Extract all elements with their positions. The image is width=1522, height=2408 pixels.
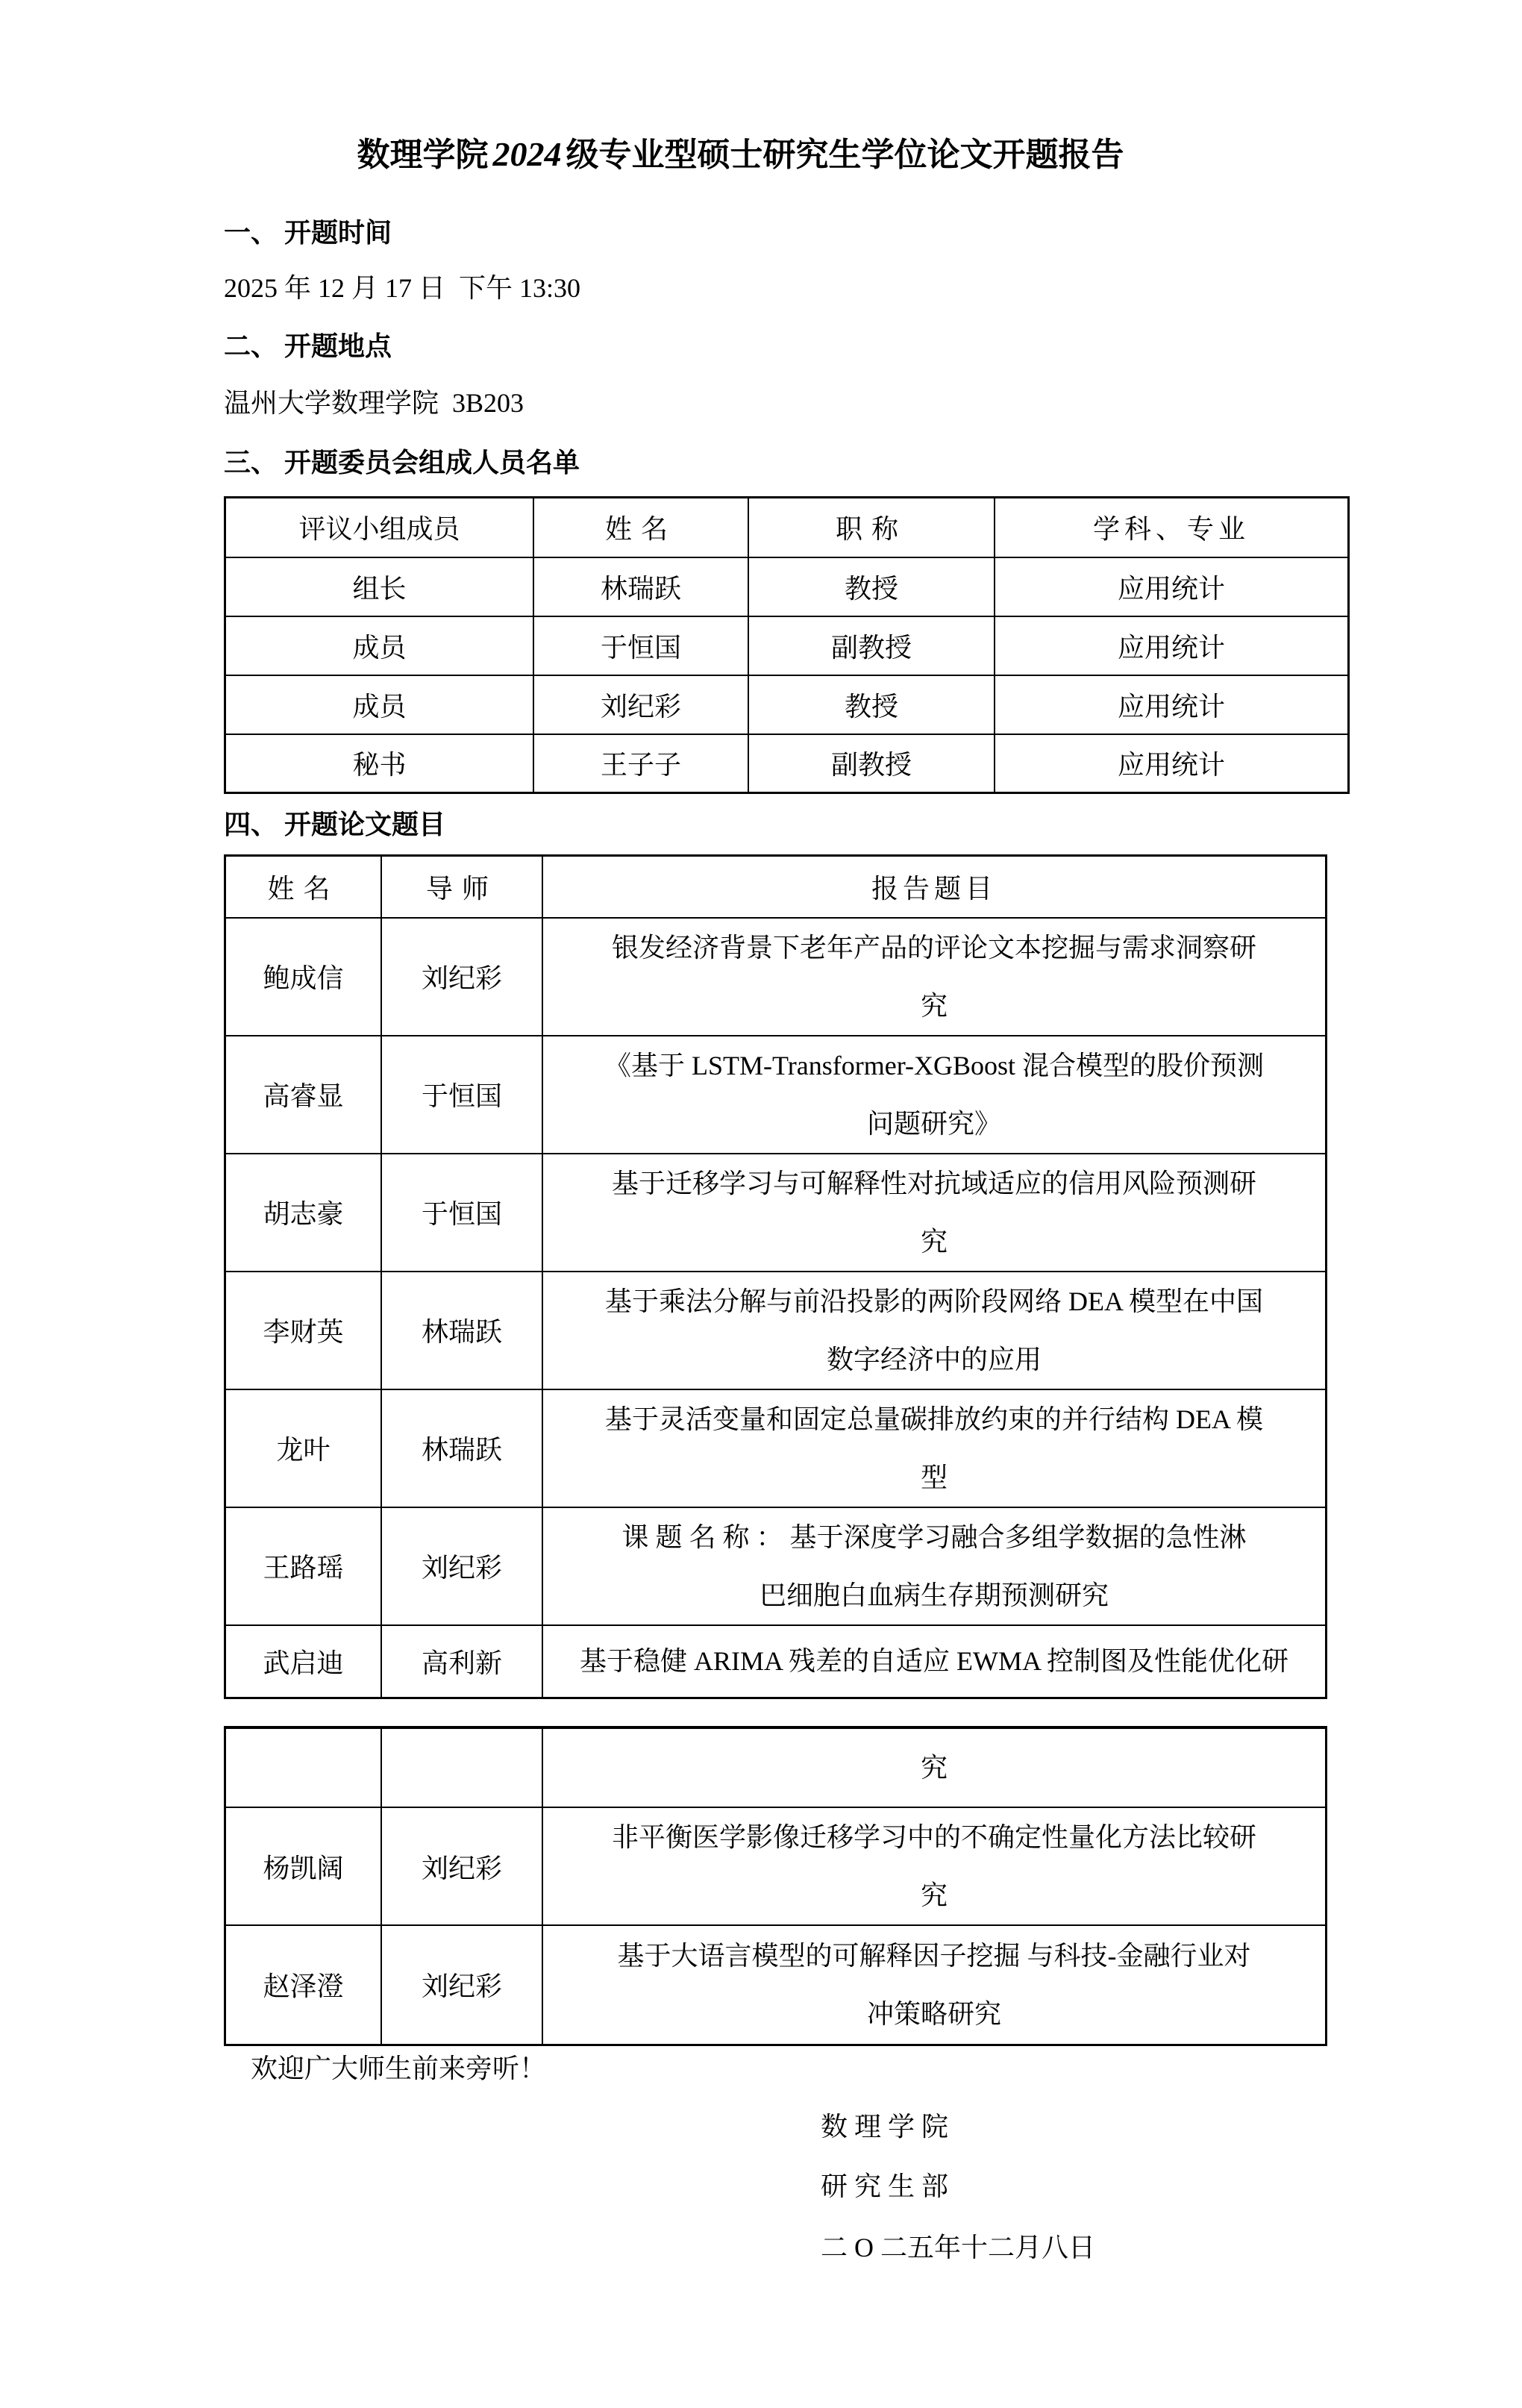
topic-cell: 究	[542, 1727, 1327, 1807]
role-cell: 成员	[225, 675, 534, 734]
advisor-name-cell: 刘纪彩	[381, 918, 542, 1036]
discipline-cell: 应用统计	[995, 734, 1349, 793]
committee-header-row: 评议小组成员 姓名 职称 学科、专业	[225, 498, 1349, 557]
thesis-row: 鲍成信 刘纪彩 银发经济背景下老年产品的评论文本挖掘与需求洞察研 究	[225, 918, 1327, 1036]
advisor-name-cell: 于恒国	[381, 1036, 542, 1154]
committee-row: 成员 于恒国 副教授 应用统计	[225, 616, 1349, 675]
name-cell: 王子子	[533, 734, 748, 793]
thesis-topics-table: 姓名 导师 报告题目 鲍成信 刘纪彩 银发经济背景下老年产品的评论文本挖掘与需求…	[224, 854, 1327, 1699]
topic-cell: 银发经济背景下老年产品的评论文本挖掘与需求洞察研 究	[542, 918, 1327, 1036]
column-header-group-member: 评议小组成员	[225, 498, 534, 557]
title-cell: 教授	[748, 557, 995, 616]
student-name-cell: 王路瑶	[225, 1507, 382, 1625]
advisor-name-cell: 刘纪彩	[381, 1807, 542, 1925]
topic-cell: 《基于 LSTM-Transformer-XGBoost 混合模型的股价预测 问…	[542, 1036, 1327, 1154]
role-cell: 秘书	[225, 734, 534, 793]
advisor-name-cell: 刘纪彩	[381, 1507, 542, 1625]
thesis-row: 杨凯阔 刘纪彩 非平衡医学影像迁移学习中的不确定性量化方法比较研 究	[225, 1807, 1327, 1925]
column-header-student: 姓名	[225, 856, 382, 918]
section-heading-location: 二、 开题地点	[224, 330, 392, 363]
advisor-name-cell: 林瑞跃	[381, 1389, 542, 1507]
title-prefix: 数理学院	[357, 137, 489, 173]
advisor-name-cell: 刘纪彩	[381, 1925, 542, 2045]
discipline-cell: 应用统计	[995, 675, 1349, 734]
committee-table: 评议小组成员 姓名 职称 学科、专业 组长 林瑞跃 教授 应用统计 成员 于恒国…	[224, 496, 1350, 794]
topic-cell: 基于稳健 ARIMA 残差的自适应 EWMA 控制图及性能优化研	[542, 1625, 1327, 1698]
advisor-name-cell: 于恒国	[381, 1154, 542, 1272]
signature-college: 数 理 学 院	[821, 2110, 948, 2143]
student-name-cell: 杨凯阔	[225, 1807, 382, 1925]
student-name-cell	[225, 1727, 382, 1807]
column-header-topic: 报告题目	[542, 856, 1327, 918]
title-cell: 副教授	[748, 616, 995, 675]
discipline-cell: 应用统计	[995, 616, 1349, 675]
thesis-topics-table-continued: 究 杨凯阔 刘纪彩 非平衡医学影像迁移学习中的不确定性量化方法比较研 究 赵泽澄…	[224, 1726, 1327, 2046]
title-year: 2024	[489, 135, 566, 173]
topic-cell: 非平衡医学影像迁移学习中的不确定性量化方法比较研 究	[542, 1807, 1327, 1925]
proposal-location: 温州大学数理学院 3B203	[224, 387, 524, 419]
section-heading-topics: 四、 开题论文题目	[224, 808, 445, 841]
committee-row: 组长 林瑞跃 教授 应用统计	[225, 557, 1349, 616]
column-header-advisor: 导师	[381, 856, 542, 918]
student-name-cell: 胡志豪	[225, 1154, 382, 1272]
column-header-title: 职称	[748, 498, 995, 557]
student-name-cell: 李财英	[225, 1272, 382, 1389]
student-name-cell: 赵泽澄	[225, 1925, 382, 2045]
thesis-row: 高睿显 于恒国 《基于 LSTM-Transformer-XGBoost 混合模…	[225, 1036, 1327, 1154]
topic-cell: 基于灵活变量和固定总量碳排放约束的并行结构 DEA 模 型	[542, 1389, 1327, 1507]
role-cell: 组长	[225, 557, 534, 616]
committee-row: 秘书 王子子 副教授 应用统计	[225, 734, 1349, 793]
thesis-row: 王路瑶 刘纪彩 课 题 名 称 ： 基于深度学习融合多组学数据的急性淋 巴细胞白…	[225, 1507, 1327, 1625]
advisor-name-cell: 林瑞跃	[381, 1272, 542, 1389]
thesis-row: 李财英 林瑞跃 基于乘法分解与前沿投影的两阶段网络 DEA 模型在中国 数字经济…	[225, 1272, 1327, 1389]
topic-cell: 基于迁移学习与可解释性对抗域适应的信用风险预测研 究	[542, 1154, 1327, 1272]
advisor-name-cell	[381, 1727, 542, 1807]
section-heading-committee: 三、 开题委员会组成人员名单	[224, 446, 580, 479]
name-cell: 于恒国	[533, 616, 748, 675]
title-cell: 教授	[748, 675, 995, 734]
thesis-row-continuation: 究	[225, 1727, 1327, 1807]
advisor-name-cell: 高利新	[381, 1625, 542, 1698]
discipline-cell: 应用统计	[995, 557, 1349, 616]
title-cell: 副教授	[748, 734, 995, 793]
section-heading-time: 一、 开题时间	[224, 216, 392, 249]
column-header-name: 姓名	[533, 498, 748, 557]
name-cell: 林瑞跃	[533, 557, 748, 616]
thesis-row: 胡志豪 于恒国 基于迁移学习与可解释性对抗域适应的信用风险预测研 究	[225, 1154, 1327, 1272]
column-header-discipline: 学科、专业	[995, 498, 1349, 557]
role-cell: 成员	[225, 616, 534, 675]
student-name-cell: 武启迪	[225, 1625, 382, 1698]
topic-cell: 基于大语言模型的可解释因子挖掘 与科技-金融行业对 冲策略研究	[542, 1925, 1327, 2045]
thesis-row: 赵泽澄 刘纪彩 基于大语言模型的可解释因子挖掘 与科技-金融行业对 冲策略研究	[225, 1925, 1327, 2045]
page-title: 数理学院2024级专业型硕士研究生学位论文开题报告	[224, 133, 1257, 177]
closing-invitation: 欢迎广大师生前来旁听！	[251, 2052, 546, 2085]
thesis-row: 武启迪 高利新 基于稳健 ARIMA 残差的自适应 EWMA 控制图及性能优化研	[225, 1625, 1327, 1698]
thesis-header-row: 姓名 导师 报告题目	[225, 856, 1327, 918]
signature-date: 二 O 二五年十二月八日	[821, 2231, 1095, 2264]
proposal-datetime: 2025 年 12 月 17 日 下午 13:30	[224, 272, 580, 304]
thesis-row: 龙叶 林瑞跃 基于灵活变量和固定总量碳排放约束的并行结构 DEA 模 型	[225, 1389, 1327, 1507]
student-name-cell: 鲍成信	[225, 918, 382, 1036]
title-suffix: 级专业型硕士研究生学位论文开题报告	[566, 137, 1124, 173]
document-page: 数理学院2024级专业型硕士研究生学位论文开题报告 一、 开题时间 2025 年…	[0, 0, 1522, 2408]
topic-cell: 基于乘法分解与前沿投影的两阶段网络 DEA 模型在中国 数字经济中的应用	[542, 1272, 1327, 1389]
name-cell: 刘纪彩	[533, 675, 748, 734]
student-name-cell: 龙叶	[225, 1389, 382, 1507]
topic-cell: 课 题 名 称 ： 基于深度学习融合多组学数据的急性淋 巴细胞白血病生存期预测研…	[542, 1507, 1327, 1625]
committee-row: 成员 刘纪彩 教授 应用统计	[225, 675, 1349, 734]
signature-department: 研 究 生 部	[821, 2170, 948, 2203]
student-name-cell: 高睿显	[225, 1036, 382, 1154]
